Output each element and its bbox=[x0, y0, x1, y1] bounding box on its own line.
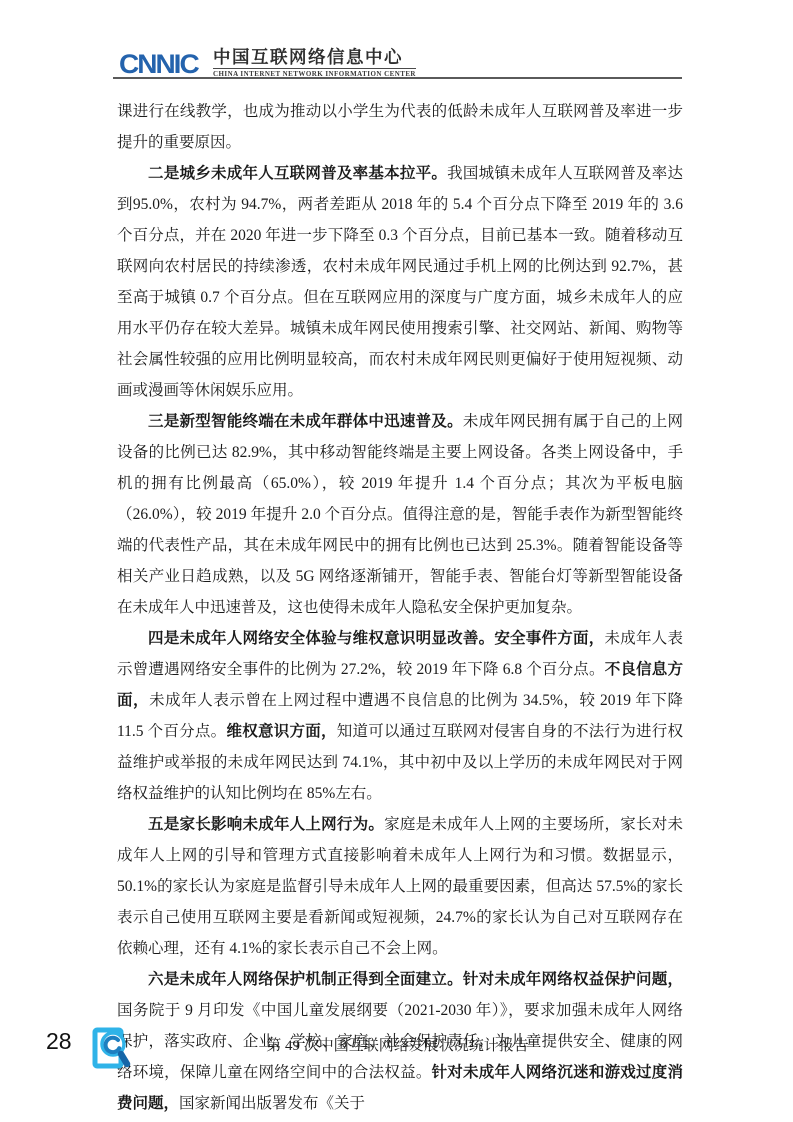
paragraph: 课进行在线教学，也成为推动以小学生为代表的低龄未成年人互联网普及率进一步提升的重… bbox=[117, 96, 683, 158]
text-run: 课进行在线教学，也成为推动以小学生为代表的低龄未成年人互联网普及率进一步提升的重… bbox=[117, 103, 683, 151]
document-page: CNNIC 中国互联网络信息中心 CHINA INTERNET NETWORK … bbox=[0, 0, 793, 1122]
header-divider bbox=[113, 77, 682, 79]
paragraph: 四是未成年人网络安全体验与维权意识明显改善。安全事件方面，未成年人表示曾遭遇网络… bbox=[117, 623, 683, 809]
org-name-chinese: 中国互联网络信息中心 bbox=[213, 47, 416, 69]
text-run: 我国城镇未成年人互联网普及率达到95.0%，农村为 94.7%，两者差距从 20… bbox=[117, 165, 683, 399]
text-run: 国家新闻出版署发布《关于 bbox=[179, 1095, 365, 1112]
text-run: 家庭是未成年人上网的主要场所，家长对未成年人上网的引导和管理方式直接影响着未成年… bbox=[117, 816, 683, 957]
page-number: 28 bbox=[46, 1028, 72, 1054]
text-run: 未成年网民拥有属于自己的上网设备的比例已达 82.9%，其中移动智能终端是主要上… bbox=[117, 413, 683, 616]
paragraph: 三是新型智能终端在未成年群体中迅速普及。未成年网民拥有属于自己的上网设备的比例已… bbox=[117, 406, 683, 623]
bold-text-run: 六是未成年人网络保护机制正得到全面建立。针对未成年网络权益保护问题， bbox=[148, 971, 683, 988]
org-name-lockup: 中国互联网络信息中心 CHINA INTERNET NETWORK INFORM… bbox=[213, 47, 416, 78]
paragraph: 二是城乡未成年人互联网普及率基本拉平。我国城镇未成年人互联网普及率达到95.0%… bbox=[117, 158, 683, 406]
bold-text-run: 二是城乡未成年人互联网普及率基本拉平。 bbox=[148, 165, 447, 182]
bold-text-run: 三是新型智能终端在未成年群体中迅速普及。 bbox=[148, 413, 463, 430]
paragraph: 五是家长影响未成年人上网行为。家庭是未成年人上网的主要场所，家长对未成年人上网的… bbox=[117, 809, 683, 964]
bold-text-run: 维权意识方面， bbox=[226, 723, 336, 740]
report-title: 第 49 次中国互联网络发展状况统计报告 bbox=[113, 1035, 682, 1057]
bold-text-run: 五是家长影响未成年人上网行为。 bbox=[148, 816, 384, 833]
document-body: 课进行在线教学，也成为推动以小学生为代表的低龄未成年人互联网普及率进一步提升的重… bbox=[117, 96, 683, 1119]
bold-text-run: 四是未成年人网络安全体验与维权意识明显改善。安全事件方面， bbox=[148, 630, 605, 647]
cnnic-logo: CNNIC bbox=[119, 54, 198, 75]
